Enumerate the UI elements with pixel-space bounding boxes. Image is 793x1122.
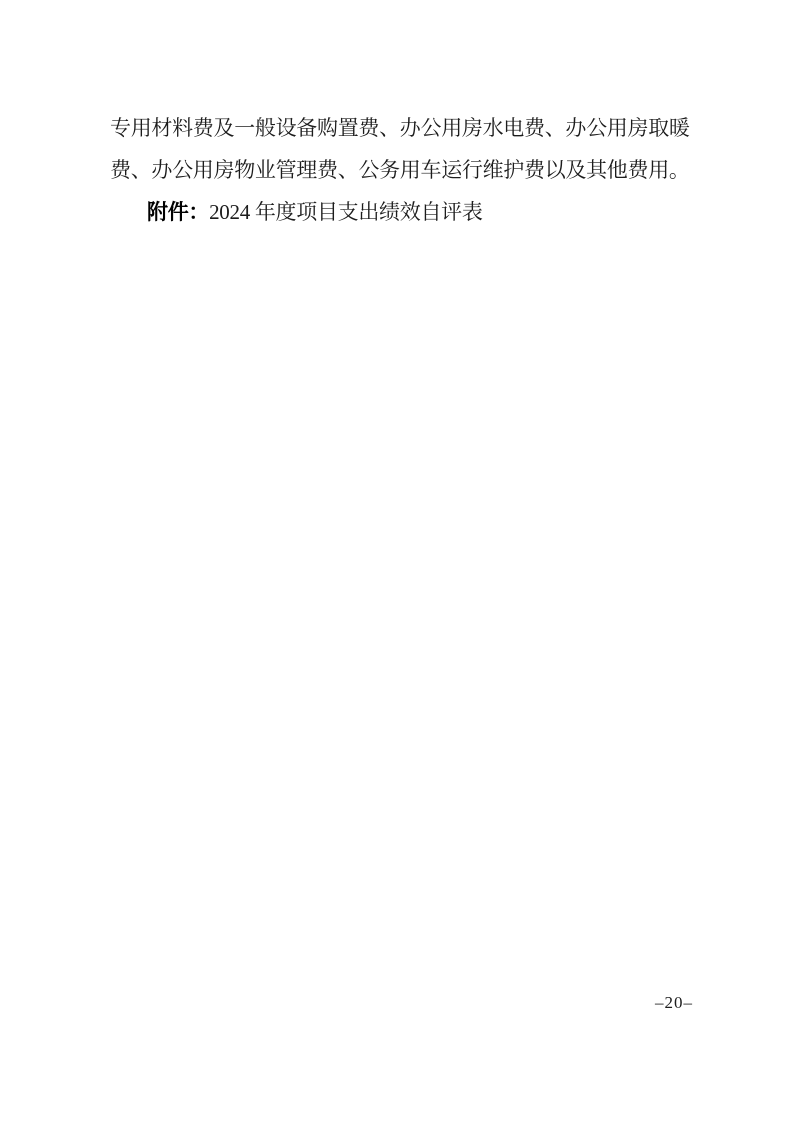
page-number: –20–	[655, 993, 693, 1013]
paragraph-line-2: 费、办公用房物业管理费、公务用车运行维护费以及其他费用。	[110, 149, 691, 191]
attachment-label: 附件：	[147, 200, 209, 224]
body-text-block: 专用材料费及一般设备购置费、办公用房水电费、办公用房取暖 费、办公用房物业管理费…	[110, 107, 691, 233]
attachment-line: 附件：2024 年度项目支出绩效自评表	[110, 191, 691, 233]
paragraph-line-1: 专用材料费及一般设备购置费、办公用房水电费、办公用房取暖	[110, 107, 691, 149]
attachment-title: 2024 年度项目支出绩效自评表	[209, 200, 482, 224]
document-page: 专用材料费及一般设备购置费、办公用房水电费、办公用房取暖 费、办公用房物业管理费…	[0, 0, 793, 1122]
